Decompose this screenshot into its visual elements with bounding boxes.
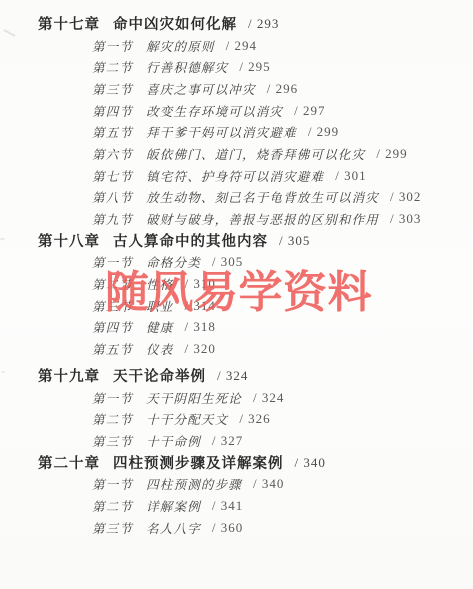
toc-row: 第一节 四柱预测的步骤 / 340	[0, 473, 473, 495]
toc-entry-page: / 318	[185, 319, 216, 335]
toc-entry-page: / 296	[267, 81, 298, 97]
toc-entry-number: 第八节	[92, 188, 133, 206]
toc-entry-number: 第三节	[92, 432, 133, 450]
toc-entry-number: 第十八章	[38, 230, 100, 251]
toc-row: 第七节 镇宅符、护身符可以消灾避难 / 301	[0, 165, 473, 187]
toc-list: 第十七章 命中凶灾如何化解 / 293 第一节 解灾的原则 / 294 第二节 …	[0, 13, 473, 539]
toc-entry-number: 第二十章	[38, 452, 100, 473]
toc-row: 第二节 行善积德解灾 / 295	[0, 56, 473, 78]
toc-entry-number: 第六节	[92, 145, 133, 163]
scanned-toc-page: 第十七章 命中凶灾如何化解 / 293 第一节 解灾的原则 / 294 第二节 …	[0, 0, 473, 589]
toc-entry-title: 拜干爹干妈可以消灾避难	[146, 123, 297, 141]
toc-entry-number: 第二节	[92, 58, 133, 76]
toc-entry-page: / 341	[212, 498, 243, 514]
toc-entry-number: 第一节	[92, 475, 133, 493]
toc-entry-title: 健康	[146, 318, 173, 336]
toc-entry-number: 第二节	[92, 410, 133, 428]
toc-entry-number: 第二节	[92, 497, 133, 515]
toc-entry-title: 改变生存环境可以消灾	[146, 102, 283, 120]
toc-entry-title: 喜庆之事可以冲灾	[146, 80, 256, 98]
toc-entry-title: 名人八字	[146, 519, 201, 537]
toc-entry-title: 十干分配天文	[146, 410, 228, 428]
toc-entry-number: 第一节	[92, 37, 133, 55]
toc-entry-title: 天干论命举例	[113, 365, 206, 386]
toc-entry-title: 皈依佛门、道门，烧香拜佛可以化灾	[146, 145, 365, 163]
toc-row: 第三节 名人八字 / 360	[0, 517, 473, 539]
toc-entry-number: 第一节	[92, 253, 133, 271]
toc-entry-page: / 293	[248, 16, 279, 32]
toc-row: 第二节 十干分配天文 / 326	[0, 408, 473, 430]
toc-entry-page: / 327	[212, 433, 243, 449]
toc-entry-title: 性格	[146, 275, 173, 293]
toc-entry-page: / 326	[239, 411, 270, 427]
toc-entry-title: 镇宅符、护身符可以消灾避难	[146, 167, 324, 185]
toc-entry-title: 放生动物、刻己名于龟背放生可以消灾	[146, 188, 379, 206]
toc-row: 第十七章 命中凶灾如何化解 / 293	[0, 13, 473, 35]
toc-entry-page: / 360	[212, 520, 243, 536]
toc-entry-number: 第九节	[92, 210, 133, 228]
toc-entry-page: / 294	[226, 38, 257, 54]
toc-entry-number: 第四节	[92, 102, 133, 120]
toc-row: 第九节 破财与破身，善报与恶报的区别和作用 / 303	[0, 208, 473, 230]
toc-entry-number: 第二节	[92, 275, 133, 293]
toc-entry-number: 第三节	[92, 297, 133, 315]
toc-row: 第二十章 四柱预测步骤及详解案例 / 340	[0, 452, 473, 474]
toc-entry-page: / 295	[239, 59, 270, 75]
toc-entry-page: / 324	[253, 390, 284, 406]
toc-row: 第一节 天干阴阳生死论 / 324	[0, 387, 473, 409]
toc-row: 第一节 解灾的原则 / 294	[0, 35, 473, 57]
toc-entry-number: 第四节	[92, 318, 133, 336]
toc-entry-title: 解灾的原则	[146, 37, 215, 55]
toc-entry-title: 四柱预测步骤及详解案例	[113, 452, 284, 473]
toc-entry-title: 仪表	[146, 340, 173, 358]
toc-entry-number: 第三节	[92, 80, 133, 98]
toc-row: 第三节 十干命例 / 327	[0, 430, 473, 452]
toc-entry-page: / 297	[294, 103, 325, 119]
toc-entry-number: 第三节	[92, 519, 133, 537]
toc-row: 第八节 放生动物、刻己名于龟背放生可以消灾 / 302	[0, 187, 473, 209]
toc-entry-title: 十干命例	[146, 432, 201, 450]
toc-entry-page: / 305	[279, 233, 310, 249]
toc-row: 第一节 命格分类 / 305	[0, 252, 473, 274]
toc-entry-page: / 299	[308, 124, 339, 140]
toc-entry-title: 行善积德解灾	[146, 58, 228, 76]
toc-entry-title: 破财与破身，善报与恶报的区别和作用	[146, 210, 379, 228]
toc-entry-title: 详解案例	[146, 497, 201, 515]
toc-entry-page: / 303	[390, 211, 421, 227]
toc-entry-title: 古人算命中的其他内容	[113, 230, 268, 251]
toc-entry-page: / 305	[212, 254, 243, 270]
toc-entry-page: / 310	[185, 276, 216, 292]
toc-entry-page: / 340	[295, 455, 326, 471]
toc-entry-page: / 299	[376, 146, 407, 162]
toc-row: 第二节 性格 / 310	[0, 273, 473, 295]
toc-row: 第五节 仪表 / 320	[0, 338, 473, 360]
toc-entry-number: 第五节	[92, 123, 133, 141]
toc-row: 第三节 职业 / 314	[0, 295, 473, 317]
toc-entry-number: 第十九章	[38, 365, 100, 386]
toc-entry-page: / 301	[335, 168, 366, 184]
toc-entry-number: 第七节	[92, 167, 133, 185]
toc-entry-title: 命中凶灾如何化解	[113, 13, 237, 34]
toc-entry-page: / 320	[185, 341, 216, 357]
toc-entry-page: / 314	[185, 298, 216, 314]
toc-entry-page: / 340	[253, 476, 284, 492]
toc-entry-title: 命格分类	[146, 253, 201, 271]
toc-row: 第十八章 古人算命中的其他内容 / 305	[0, 230, 473, 252]
toc-entry-title: 天干阴阳生死论	[146, 389, 242, 407]
toc-row: 第四节 健康 / 318	[0, 317, 473, 339]
toc-entry-number: 第一节	[92, 389, 133, 407]
toc-row: 第六节 皈依佛门、道门，烧香拜佛可以化灾 / 299	[0, 143, 473, 165]
toc-entry-page: / 302	[390, 189, 421, 205]
toc-row: 第四节 改变生存环境可以消灾 / 297	[0, 100, 473, 122]
toc-row: 第十九章 天干论命举例 / 324	[0, 365, 473, 387]
toc-row: 第三节 喜庆之事可以冲灾 / 296	[0, 78, 473, 100]
toc-row: 第五节 拜干爹干妈可以消灾避难 / 299	[0, 121, 473, 143]
toc-entry-title: 职业	[146, 297, 173, 315]
toc-entry-title: 四柱预测的步骤	[146, 475, 242, 493]
toc-row: 第二节 详解案例 / 341	[0, 495, 473, 517]
toc-entry-number: 第十七章	[38, 13, 100, 34]
toc-entry-number: 第五节	[92, 340, 133, 358]
toc-entry-page: / 324	[217, 368, 248, 384]
